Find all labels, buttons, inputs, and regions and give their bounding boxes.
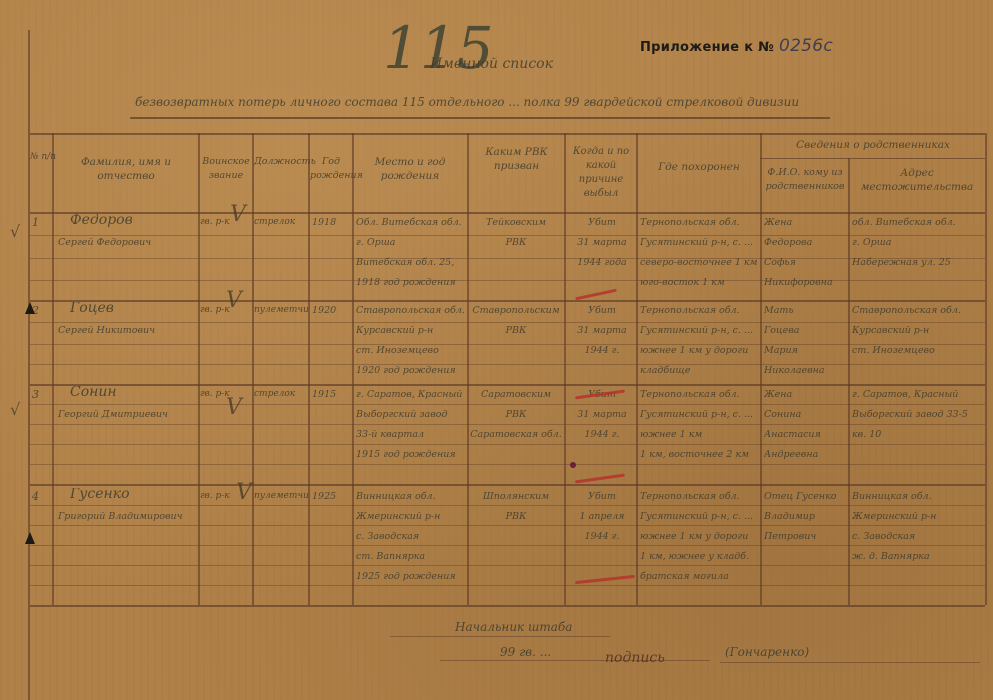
- burial-line: Тернопольская обл.: [640, 216, 758, 229]
- birthplace-line: ст. Иноземцево: [356, 344, 466, 357]
- date-cause-line: Убит: [568, 490, 636, 503]
- burial-line: Гусятинский р-н, с. ...: [640, 408, 758, 421]
- document-subtitle: безвозвратных потерь личного состава 115…: [135, 95, 799, 109]
- given-names: Сергей Никитович: [58, 324, 198, 337]
- position: стрелок: [254, 216, 308, 229]
- birthplace-line: Курсавский р-н: [356, 324, 466, 337]
- row-number: 1: [32, 216, 52, 229]
- header-birth-year: Год рождения: [310, 155, 352, 183]
- header-relative-name: Ф.И.О. кому из родственников: [762, 166, 848, 194]
- row-number: 3: [32, 388, 52, 401]
- stamp-number: 0256с: [779, 36, 833, 56]
- birthplace-line: 1915 год рождения: [356, 448, 466, 461]
- document-title: Именной список: [430, 56, 553, 72]
- footer-position: Начальник штаба: [455, 620, 572, 634]
- draft-line: РВК: [470, 236, 562, 249]
- relative-name-line: Петрович: [764, 530, 848, 543]
- date-cause-line: 1 апреля: [568, 510, 636, 523]
- birthplace-line: ст. Вапнярка: [356, 550, 466, 563]
- relative-name-line: Гоцева: [764, 324, 848, 337]
- header-burial: Где похоронен: [640, 160, 758, 174]
- stamp-label: Приложение к №: [640, 40, 774, 55]
- header-relative-address: Адрес местожительства: [850, 166, 984, 194]
- relative-name-line: Сонина: [764, 408, 848, 421]
- relative-name-line: Мать: [764, 304, 848, 317]
- relative-address-line: ж. д. Вапнярка: [852, 550, 984, 563]
- date-cause-line: 31 марта: [568, 324, 636, 337]
- margin-tick: √: [10, 222, 20, 241]
- relative-name-line: Жена: [764, 216, 848, 229]
- row-number: 4: [32, 490, 52, 503]
- red-pencil-mark: [575, 289, 617, 301]
- relative-address-line: с. Заводская: [852, 530, 984, 543]
- draft-line: Шполянским: [470, 490, 562, 503]
- relative-address-line: г. Саратов, Красный: [852, 388, 984, 401]
- birthplace-line: 1918 год рождения: [356, 276, 466, 289]
- relative-address-line: Жмеринский р-н: [852, 510, 984, 523]
- burial-line: 1 км, восточнее 2 км: [640, 448, 758, 461]
- birthplace-line: Обл. Витебская обл.: [356, 216, 466, 229]
- check-mark: V: [236, 480, 252, 505]
- given-names: Георгий Дмитриевич: [58, 408, 198, 421]
- draft-line: Саратовским: [470, 388, 562, 401]
- margin-tick: √: [10, 400, 20, 419]
- draft-line: Тейковским: [470, 216, 562, 229]
- date-cause-line: 31 марта: [568, 408, 636, 421]
- burial-line: юго-восток 1 км: [640, 276, 758, 289]
- burial-line: Тернопольская обл.: [640, 304, 758, 317]
- date-cause-line: 31 марта: [568, 236, 636, 249]
- header-relatives: Сведения о родственниках: [762, 138, 984, 152]
- archive-stamp: Приложение к № 0256с: [640, 36, 833, 56]
- rank: гв. р-к: [200, 216, 230, 229]
- header-number: № п/п: [30, 150, 52, 164]
- surname: Гоцев: [70, 302, 190, 315]
- relative-address-line: Набережная ул. 25: [852, 256, 984, 269]
- birthplace-line: Жмеринский р-н: [356, 510, 466, 523]
- relative-address-line: Выборгский завод 33-5: [852, 408, 984, 421]
- birthplace-line: 1920 год рождения: [356, 364, 466, 377]
- birth-year: 1925: [312, 490, 352, 503]
- birthplace-line: Винницкая обл.: [356, 490, 466, 503]
- date-cause-line: Убит: [568, 216, 636, 229]
- surname: Федоров: [70, 214, 190, 227]
- relative-name-line: Владимир: [764, 510, 848, 523]
- burial-line: Гусятинский р-н, с. ...: [640, 324, 758, 337]
- birthplace-line: Выборгский завод: [356, 408, 466, 421]
- birthplace-line: Ставропольская обл.: [356, 304, 466, 317]
- burial-line: братская могила: [640, 570, 758, 583]
- date-cause-line: 1944 г.: [568, 344, 636, 357]
- birthplace-line: г. Саратов, Красный: [356, 388, 466, 401]
- burial-line: северо-восточнее 1 км: [640, 256, 758, 269]
- birthplace-line: 33-й квартал: [356, 428, 466, 441]
- row-number: 2: [32, 304, 52, 317]
- birth-year: 1915: [312, 388, 352, 401]
- draft-line: РВК: [470, 510, 562, 523]
- signer-name: (Гончаренко): [725, 645, 809, 659]
- surname: Гусенко: [70, 488, 190, 501]
- header-position: Должность: [254, 155, 308, 169]
- relative-name-line: Анастасия: [764, 428, 848, 441]
- position: стрелок: [254, 388, 308, 401]
- header-draft-office: Каким РВК призван: [469, 145, 564, 173]
- signature: подпись: [605, 650, 665, 666]
- given-names: Сергей Федорович: [58, 236, 198, 249]
- burial-line: 1 км, южнее у кладб.: [640, 550, 758, 563]
- check-mark: V: [226, 395, 242, 420]
- birthplace-line: 1925 год рождения: [356, 570, 466, 583]
- draft-line: РВК: [470, 408, 562, 421]
- burial-line: Гусятинский р-н, с. ...: [640, 236, 758, 249]
- date-cause-line: Убит: [568, 304, 636, 317]
- relative-name-line: Андреевна: [764, 448, 848, 461]
- birth-year: 1918: [312, 216, 352, 229]
- header-rank: Воинское звание: [200, 155, 252, 183]
- relative-address-line: г. Орша: [852, 236, 984, 249]
- red-pencil-mark: [575, 474, 625, 484]
- birthplace-line: с. Заводская: [356, 530, 466, 543]
- subtitle-underline: [130, 117, 830, 119]
- relative-name-line: Мария: [764, 344, 848, 357]
- header-name: Фамилия, имя и отчество: [56, 155, 196, 183]
- check-mark: V: [226, 288, 242, 313]
- birth-year: 1920: [312, 304, 352, 317]
- document-page: Приложение к № 0256с 115 Именной список …: [0, 0, 993, 700]
- relative-name-line: Отец Гусенко: [764, 490, 848, 503]
- relative-name-line: Никифоровна: [764, 276, 848, 289]
- date-cause-line: 1944 г.: [568, 428, 636, 441]
- position: пулеметчик: [254, 304, 308, 317]
- hole-punch-mark: [25, 302, 35, 314]
- relative-name-line: Николаевна: [764, 364, 848, 377]
- relative-name-line: Софья: [764, 256, 848, 269]
- burial-line: южнее 1 км у дороги: [640, 530, 758, 543]
- check-mark: V: [230, 202, 246, 227]
- burial-line: Тернопольская обл.: [640, 490, 758, 503]
- given-names: Григорий Владимирович: [58, 510, 198, 523]
- draft-line: Саратовская обл.: [470, 428, 562, 441]
- red-pencil-mark: [575, 575, 635, 584]
- burial-line: кладбище: [640, 364, 758, 377]
- draft-line: Ставропольским: [470, 304, 562, 317]
- header-birthplace: Место и год рождения: [354, 155, 466, 183]
- position: пулеметчик: [254, 490, 308, 503]
- ink-dot: [570, 462, 576, 468]
- burial-line: южнее 1 км у дороги: [640, 344, 758, 357]
- birthplace-line: Витебская обл. 25,: [356, 256, 466, 269]
- relative-address-line: Винницкая обл.: [852, 490, 984, 503]
- relative-address-line: Курсавский р-н: [852, 324, 984, 337]
- burial-line: южнее 1 км: [640, 428, 758, 441]
- birthplace-line: г. Орша: [356, 236, 466, 249]
- draft-line: РВК: [470, 324, 562, 337]
- relative-name-line: Жена: [764, 388, 848, 401]
- relative-address-line: обл. Витебская обл.: [852, 216, 984, 229]
- footer-unit: 99 гв. ...: [500, 645, 551, 659]
- relative-address-line: Ставропольская обл.: [852, 304, 984, 317]
- relative-name-line: Федорова: [764, 236, 848, 249]
- hole-punch-mark: [25, 532, 35, 544]
- surname: Сонин: [70, 386, 190, 399]
- burial-line: Тернопольская обл.: [640, 388, 758, 401]
- date-cause-line: 1944 г.: [568, 530, 636, 543]
- header-date-cause: Когда и по какой причине выбыл: [566, 145, 636, 201]
- date-cause-line: 1944 года: [568, 256, 636, 269]
- rank: гв. р-к: [200, 490, 230, 503]
- relative-address-line: кв. 10: [852, 428, 984, 441]
- relative-address-line: ст. Иноземцево: [852, 344, 984, 357]
- burial-line: Гусятинский р-н, с. ...: [640, 510, 758, 523]
